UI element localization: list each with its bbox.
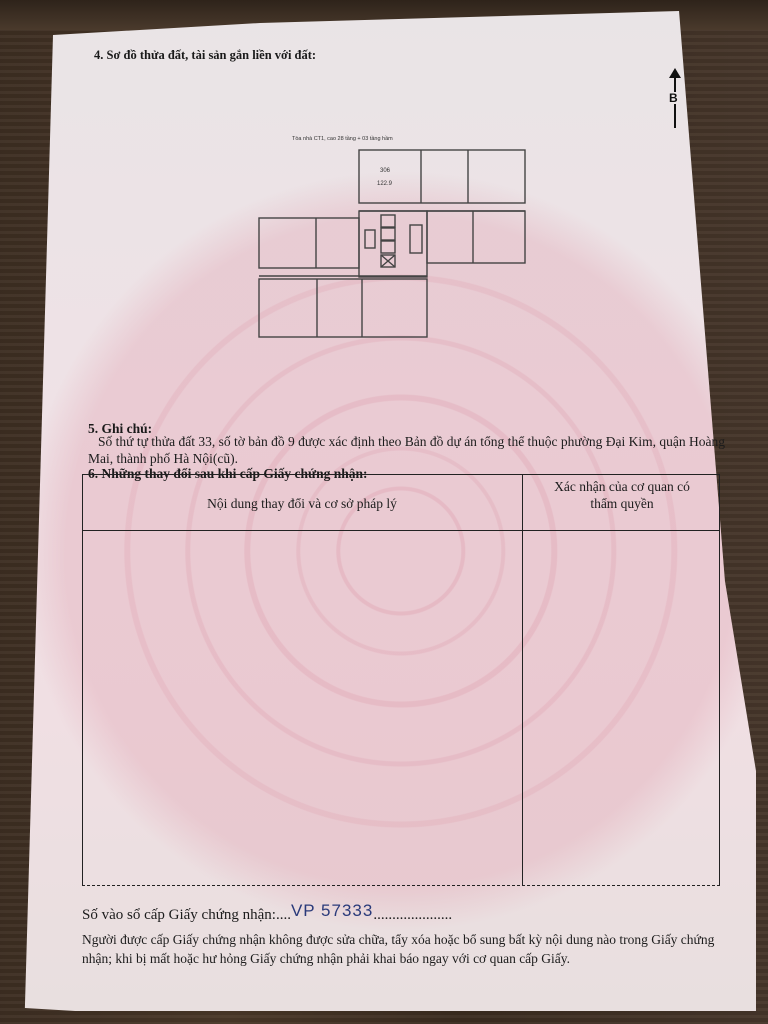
header-divider: [82, 530, 720, 531]
section-4-heading: 4. Sơ đồ thửa đất, tài sản gắn liền với …: [94, 48, 316, 63]
certificate-entry-number: VP 57333: [291, 901, 373, 920]
column-header-authority-text: Xác nhận của cơ quan có thẩm quyền: [547, 478, 697, 512]
arrow-up-icon: [669, 68, 681, 78]
certificate-notice: Người được cấp Giấy chứng nhận không đượ…: [82, 930, 732, 968]
table-border: [82, 474, 720, 886]
north-arrow: B: [668, 68, 684, 128]
certificate-entry-label: Số vào sổ cấp Giấy chứng nhận:: [82, 907, 276, 923]
north-arrow-label: B: [669, 92, 678, 104]
floor-plan-caption: Tòa nhà CT1, cao 28 tầng + 03 tầng hầm: [292, 136, 393, 142]
section-5-note-text: Số thứ tự thửa đất 33, số tờ bản đồ 9 đư…: [88, 434, 725, 466]
column-divider: [522, 474, 523, 886]
changes-table: Nội dung thay đổi và cơ sở pháp lý Xác n…: [82, 474, 720, 886]
unit-number: 306: [380, 168, 391, 174]
column-header-change-content: Nội dung thay đổi và cơ sở pháp lý: [82, 496, 522, 512]
certificate-entry-line: Số vào sổ cấp Giấy chứng nhận:....VP 573…: [82, 904, 452, 924]
dots-after: .....................: [373, 907, 452, 923]
unit-area: 122.9: [377, 181, 393, 187]
section-5-note: Số thứ tự thửa đất 33, số tờ bản đồ 9 đư…: [88, 415, 733, 467]
dots-before: ....: [276, 907, 291, 923]
floor-plan-diagram: 306 122.9: [255, 145, 535, 345]
column-header-authority-confirmation: Xác nhận của cơ quan có thẩm quyền: [524, 478, 720, 512]
